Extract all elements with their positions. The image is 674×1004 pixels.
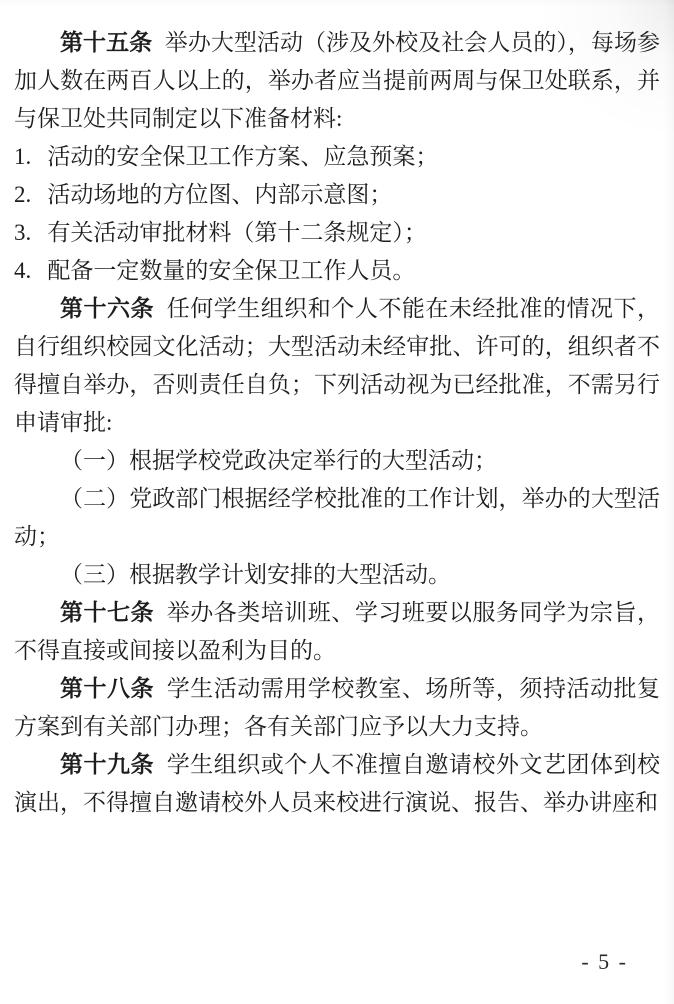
approved-activity-text: （三）根据教学计划安排的大型活动。	[60, 562, 451, 587]
approved-activity-item: （二）党政部门根据经学校批准的工作计划，举办的大型活动；	[14, 480, 660, 556]
item-number: 2.	[14, 182, 31, 207]
item-number: 1.	[14, 144, 31, 169]
page-number: - 5 -	[581, 948, 628, 976]
article-17-term: 第十七条	[60, 600, 154, 625]
materials-list-item: 3.有关活动审批材料（第十二条规定）；	[14, 214, 660, 252]
item-text: 活动的安全保卫工作方案、应急预案；	[47, 144, 438, 169]
article-17-paragraph: 第十七条举办各类培训班、学习班要以服务同学为宗旨，不得直接或间接以盈利为目的。	[14, 594, 660, 670]
article-16-paragraph: 第十六条任何学生组织和个人不能在未经批准的情况下，自行组织校园文化活动；大型活动…	[14, 290, 660, 442]
approved-activity-item: （三）根据教学计划安排的大型活动。	[14, 556, 660, 594]
materials-list-item: 1.活动的安全保卫工作方案、应急预案；	[14, 138, 660, 176]
item-number: 3.	[14, 220, 31, 245]
article-16-term: 第十六条	[60, 296, 154, 321]
article-18-term: 第十八条	[60, 676, 154, 701]
scanned-document-page: 第十五条举办大型活动（涉及外校及社会人员的），每场参加人数在两百人以上的，举办者…	[0, 0, 674, 1004]
article-18-paragraph: 第十八条学生活动需用学校教室、场所等，须持活动批复方案到有关部门办理；各有关部门…	[14, 670, 660, 746]
article-15-term: 第十五条	[60, 30, 152, 55]
approved-activity-text: （一）根据学校党政决定举行的大型活动；	[60, 448, 497, 473]
article-15-paragraph: 第十五条举办大型活动（涉及外校及社会人员的），每场参加人数在两百人以上的，举办者…	[14, 24, 660, 138]
item-number: 4.	[14, 258, 31, 283]
article-19-paragraph: 第十九条学生组织或个人不准擅自邀请校外文艺团体到校演出，不得擅自邀请校外人员来校…	[14, 746, 660, 822]
approved-activity-text: （二）党政部门根据经学校批准的工作计划，举办的大型活动；	[14, 486, 660, 549]
materials-list-item: 2.活动场地的方位图、内部示意图；	[14, 176, 660, 214]
document-content: 第十五条举办大型活动（涉及外校及社会人员的），每场参加人数在两百人以上的，举办者…	[14, 24, 660, 822]
article-19-term: 第十九条	[60, 752, 154, 777]
item-text: 配备一定数量的安全保卫工作人员。	[47, 258, 415, 283]
approved-activity-item: （一）根据学校党政决定举行的大型活动；	[14, 442, 660, 480]
item-text: 有关活动审批材料（第十二条规定）；	[47, 220, 427, 245]
materials-list-item: 4.配备一定数量的安全保卫工作人员。	[14, 252, 660, 290]
item-text: 活动场地的方位图、内部示意图；	[47, 182, 392, 207]
